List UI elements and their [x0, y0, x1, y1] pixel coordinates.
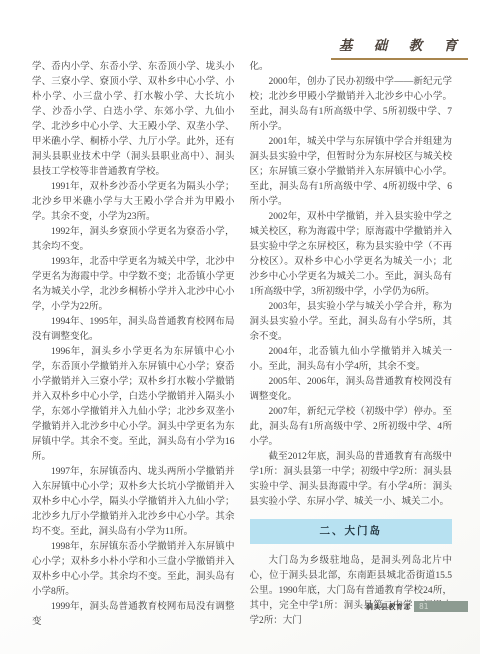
right-column-top: 化。2000年，创办了民办初级中学——新纪元学校；北沙乡甲殿小学撤销并入北沙乡中…: [250, 60, 453, 510]
paragraph: 2002年，双朴中学撤销，并入县实验中学之城关校区，称为海霞中学；原海霞中学撤销…: [250, 210, 453, 300]
page-footer: 洞头县教育志 81: [366, 601, 468, 612]
paragraph: 学、岙内小学、东岙小学、东岙顶小学、垅头小学、三寮小学、寮顶小学、双朴乡中心小学…: [32, 60, 235, 180]
paragraph: 大门岛为乡级驻地岛，是洞头列岛北片中心，位于洞头县北部，东南距县城北岙街道15.…: [250, 554, 453, 629]
right-column-bottom: 大门岛为乡级驻地岛，是洞头列岛北片中心，位于洞头县北部，东南距县城北岙街道15.…: [250, 554, 453, 629]
subsection-heading-banner: 二、大门岛: [250, 519, 453, 544]
paragraph: 1991年，双朴乡沙岙小学更名为隔头小学；北沙乡甲米礁小学与大王殿小学合并为甲殿…: [32, 180, 235, 225]
paragraph: 化。: [250, 60, 453, 75]
paragraph: 1994年、1995年，洞头岛普通教育校网布局没有调整变化。: [32, 315, 235, 345]
subsection-heading-label: 二、大门岛: [320, 526, 383, 537]
right-column: 化。2000年，创办了民办初级中学——新纪元学校；北沙乡甲殿小学撤销并入北沙乡中…: [250, 60, 453, 630]
paragraph: 2007年，新纪元学校（初级中学）停办。至此，洞头岛有1所高级中学、2所初级中学…: [250, 405, 453, 450]
paragraph: 1999年，洞头岛普通教育校网布局没有调整变: [32, 600, 235, 630]
paragraph: 2003年，县实验小学与城关小学合并，称为洞头县实验小学。至此，洞头岛有小学5所…: [250, 300, 453, 345]
page-content: 学、岙内小学、东岙小学、东岙顶小学、垅头小学、三寮小学、寮顶小学、双朴乡中心小学…: [32, 60, 452, 630]
page-number: 81: [414, 601, 468, 612]
section-title: 基 础 教 育: [331, 34, 468, 60]
left-column: 学、岙内小学、东岙小学、东岙顶小学、垅头小学、三寮小学、寮顶小学、双朴乡中心小学…: [32, 60, 235, 630]
footer-page-bar: 81: [414, 601, 468, 612]
document-page: 基 础 教 育 学、岙内小学、东岙小学、东岙顶小学、垅头小学、三寮小学、寮顶小学…: [0, 0, 480, 654]
paragraph: 1996年，洞头乡小学更名为东屏镇中心小学，东岙顶小学撤销并入东屏镇中心小学；寮…: [32, 345, 235, 465]
paragraph: 2001年，城关中学与东屏镇中学合并组建为洞头县实验中学，但暂时分为东屏校区与城…: [250, 135, 453, 210]
paragraph: 1998年，东屏镇东岙小学撤销并入东屏镇中心小学；双朴乡小朴小学和小三盘小学撤销…: [32, 540, 235, 600]
paragraph: 1992年，洞头乡寮顶小学更名为寮岙小学，其余均不变。: [32, 225, 235, 255]
paragraph: 1997年，东屏镇岙内、垅头两所小学撤销并入东屏镇中心小学；双朴乡大长坑小学撤销…: [32, 465, 235, 540]
paragraph: 1993年，北岙中学更名为城关中学，北沙中学更名为海霞中学。中学数不变；北岙镇小…: [32, 255, 235, 315]
paragraph: 2000年，创办了民办初级中学——新纪元学校；北沙乡甲殿小学撤销并入北沙乡中心小…: [250, 75, 453, 135]
footer-book-title: 洞头县教育志: [366, 602, 411, 612]
paragraph: 2005年、2006年，洞头岛普通教育校网没有调整变化。: [250, 375, 453, 405]
paragraph: 2004年，北岙镇九仙小学撤销并入城关一小。至此，洞头岛有小学4所，其余不变。: [250, 345, 453, 375]
paragraph: 截至2012年底，洞头岛的普通教育有高级中学1所：洞头县第一中学；初级中学2所：…: [250, 450, 453, 510]
page-header: 基 础 教 育: [331, 34, 468, 60]
